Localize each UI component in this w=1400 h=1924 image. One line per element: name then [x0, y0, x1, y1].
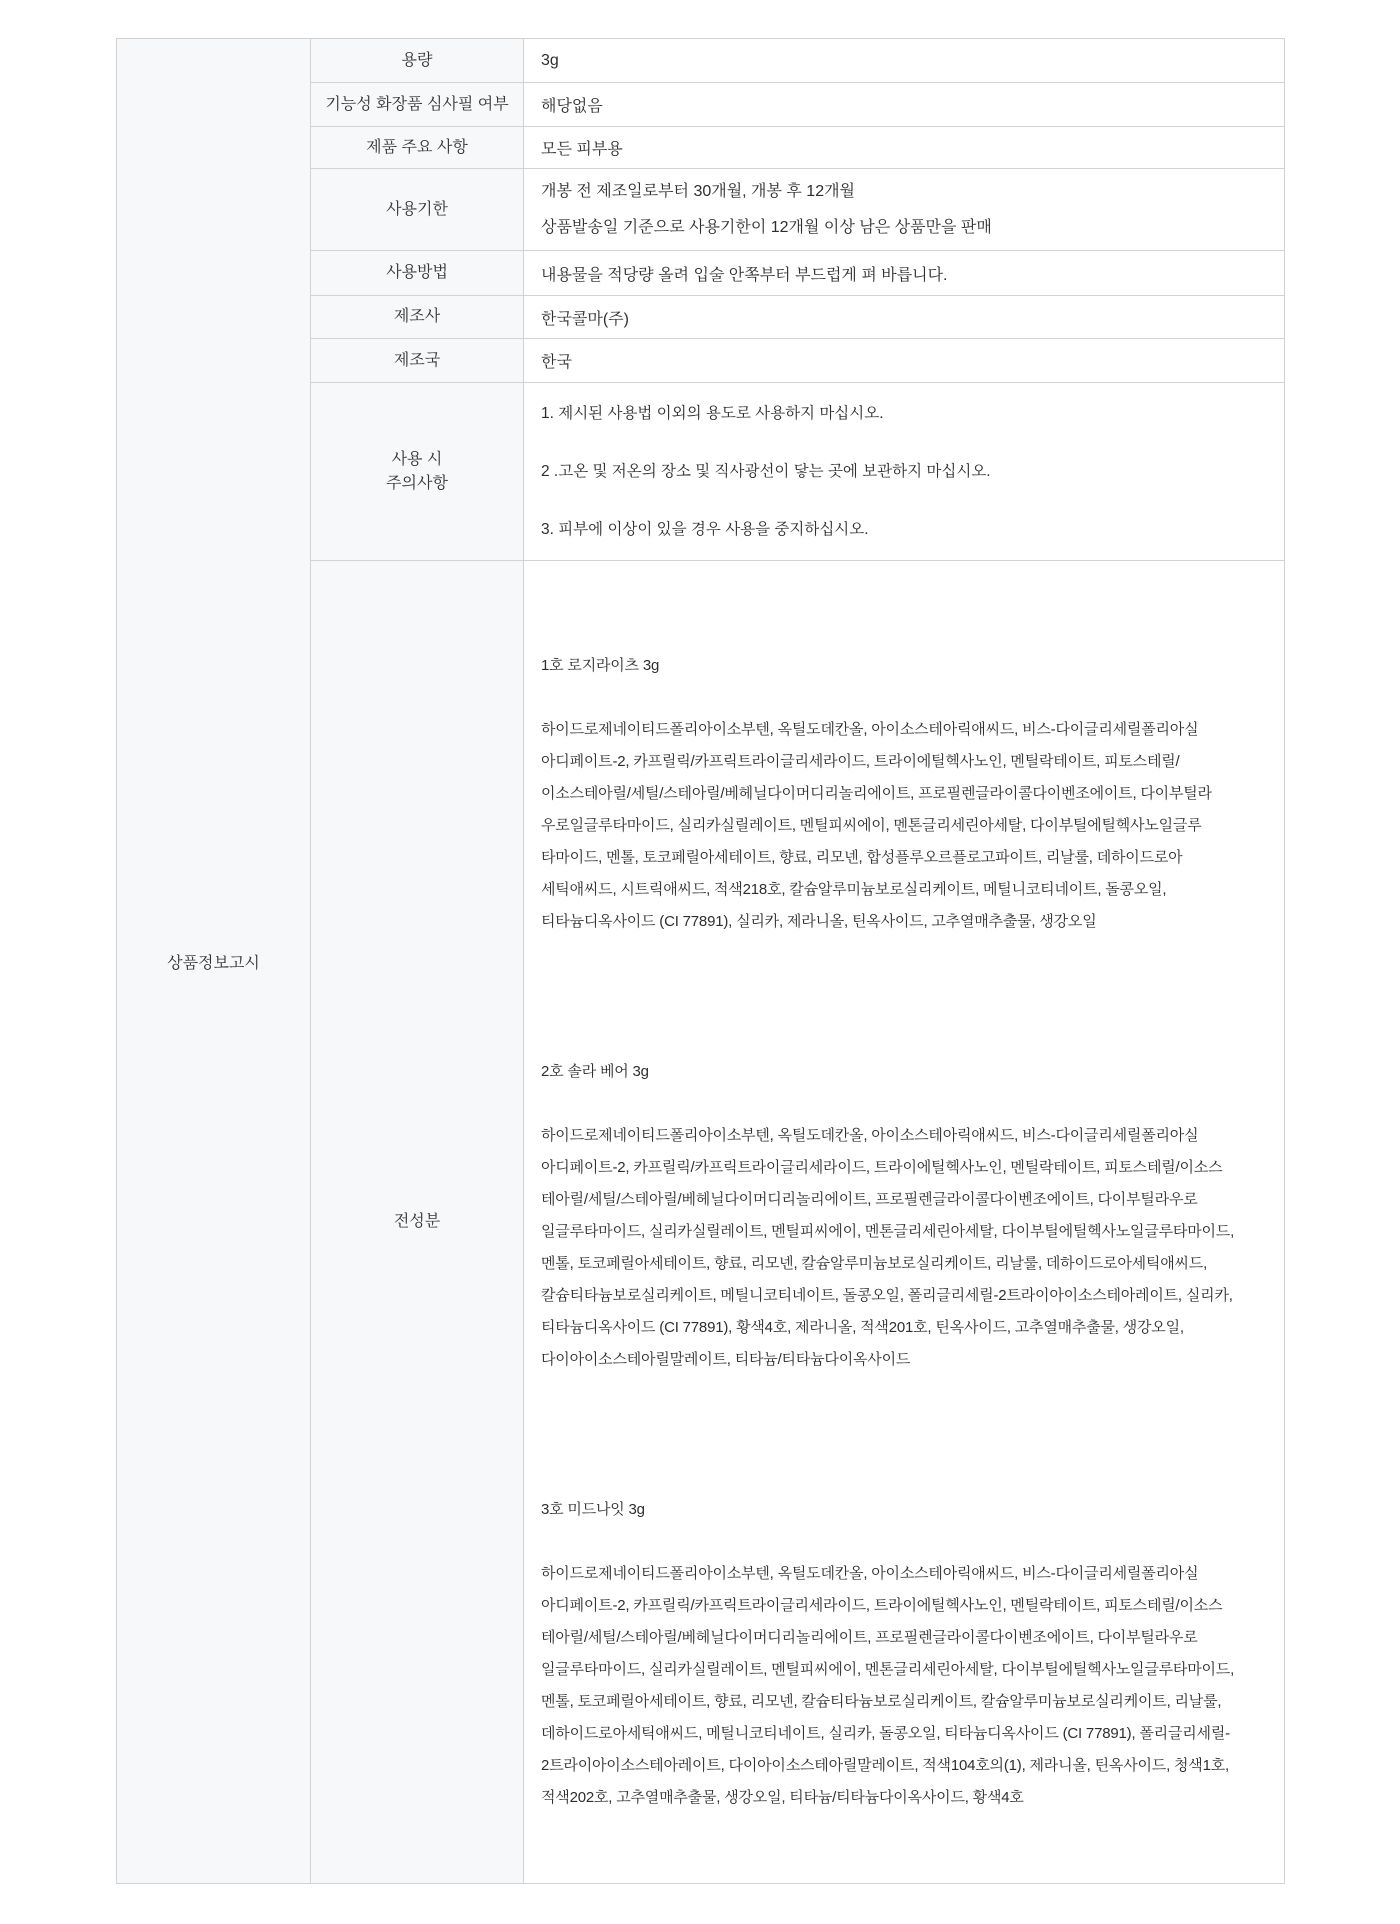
row-value-capacity: 3g [524, 39, 1285, 83]
section-title: 상품정보고시 [117, 39, 311, 1884]
product-info-notice-section: 상품정보고시 용량 3g 기능성 화장품 심사필 여부 해당없음 제품 주요 사… [116, 38, 1284, 1884]
row-label-cautions: 사용 시 주의사항 [311, 383, 524, 561]
row-label-country: 제조국 [311, 339, 524, 383]
ingredient-block-3: 3호 미드나잇 3g 하이드로제네이티드폴리아이소부텐, 옥틸도데칸올, 아이소… [541, 1462, 1272, 1846]
product-info-table: 상품정보고시 용량 3g 기능성 화장품 심사필 여부 해당없음 제품 주요 사… [116, 38, 1285, 1884]
ingredient-block-1-title: 1호 로지라이츠 3g [541, 650, 1272, 682]
row-value-cautions: 1. 제시된 사용법 이외의 용도로 사용하지 마십시오. 2 .고온 및 저온… [524, 383, 1285, 561]
ingredient-block-2-lines: 하이드로제네이티드폴리아이소부텐, 옥틸도데칸올, 아이소스테아릭애씨드, 비스… [541, 1120, 1272, 1376]
row-value-expiration: 개봉 전 제조일로부터 30개월, 개봉 후 12개월 상품발송일 기준으로 사… [524, 169, 1285, 251]
row-value-key-specs: 모든 피부용 [524, 127, 1285, 169]
row-value-manufacturer: 한국콜마(주) [524, 296, 1285, 339]
row-label-ingredients: 전성분 [311, 561, 524, 1884]
ingredient-block-3-title: 3호 미드나잇 3g [541, 1494, 1272, 1526]
row-value-country: 한국 [524, 339, 1285, 383]
ingredient-block-1-lines: 하이드로제네이티드폴리아이소부텐, 옥틸도데칸올, 아이소스테아릭애씨드, 비스… [541, 714, 1272, 938]
row-label-key-specs: 제품 주요 사항 [311, 127, 524, 169]
row-value-usage: 내용물을 적당량 올려 입술 안쪽부터 부드럽게 펴 바릅니다. [524, 251, 1285, 296]
table-row: 상품정보고시 용량 3g [117, 39, 1285, 83]
row-label-capacity: 용량 [311, 39, 524, 83]
ingredient-block-2-title: 2호 솔라 베어 3g [541, 1056, 1272, 1088]
ingredient-block-2: 2호 솔라 베어 3g 하이드로제네이티드폴리아이소부텐, 옥틸도데칸올, 아이… [541, 1024, 1272, 1408]
ingredient-block-1: 1호 로지라이츠 3g 하이드로제네이티드폴리아이소부텐, 옥틸도데칸올, 아이… [541, 618, 1272, 970]
row-label-manufacturer: 제조사 [311, 296, 524, 339]
row-label-expiration: 사용기한 [311, 169, 524, 251]
ingredient-block-3-lines: 하이드로제네이티드폴리아이소부텐, 옥틸도데칸올, 아이소스테아릭애씨드, 비스… [541, 1558, 1272, 1814]
row-label-usage: 사용방법 [311, 251, 524, 296]
row-value-functional-review: 해당없음 [524, 83, 1285, 127]
row-value-ingredients: 1호 로지라이츠 3g 하이드로제네이티드폴리아이소부텐, 옥틸도데칸올, 아이… [524, 561, 1285, 1884]
row-label-functional-review: 기능성 화장품 심사필 여부 [311, 83, 524, 127]
